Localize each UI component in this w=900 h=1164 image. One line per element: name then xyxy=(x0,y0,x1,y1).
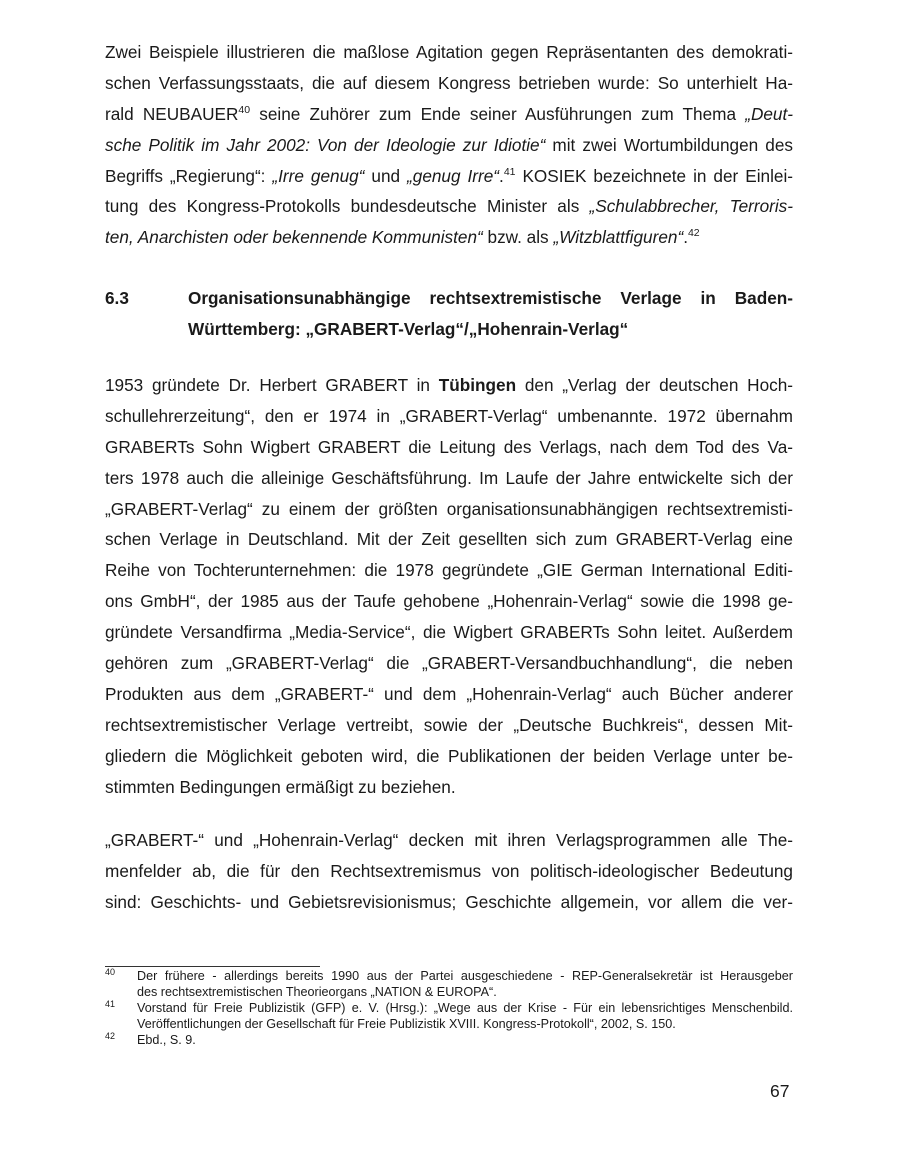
section-number: 6.3 xyxy=(105,283,129,314)
footnote-separator xyxy=(105,966,320,967)
footnote-reference[interactable]: 41 xyxy=(504,166,516,178)
footnote-reference[interactable]: 40 xyxy=(238,104,250,116)
text-line: sind: Geschichts- und Gebietsrevisionism… xyxy=(105,887,793,918)
text-line: tung des Kongress-Protokolls bundesdeuts… xyxy=(105,191,793,222)
footnotes: 40Der frühere - allerdings bereits 1990 … xyxy=(105,968,793,1048)
footnote-number: 42 xyxy=(105,1028,115,1044)
text-line: gliedern die Möglichkeit geboten wird, d… xyxy=(105,741,793,772)
footnote-text: Vorstand für Freie Publizistik (GFP) e. … xyxy=(137,1000,793,1016)
text-line: menfelder ab, die für den Rechtsextremis… xyxy=(105,856,793,887)
text-line: „GRABERT-Verlag“ zu einem der größten or… xyxy=(105,494,793,525)
footnote-42: 42Ebd., S. 9. xyxy=(105,1032,793,1048)
text-line: rechtsextremistischer Verlage vertreibt,… xyxy=(105,710,793,741)
paragraph-themes: „GRABERT-“ und „Hohenrain-Verlag“ decken… xyxy=(105,825,793,918)
text-line: Zwei Beispiele illustrieren die maßlose … xyxy=(105,37,793,68)
footnote-text: Ebd., S. 9. xyxy=(137,1032,793,1048)
text-line: gründete Versandfirma „Media-Service“, d… xyxy=(105,617,793,648)
quoted-text: „Schulabbrecher, Terroris- xyxy=(590,196,794,216)
text-line: stimmten Bedingungen ermäßigt zu beziehe… xyxy=(105,772,793,803)
footnote-40: 40Der frühere - allerdings bereits 1990 … xyxy=(105,968,793,1000)
text-line: ons GmbH“, der 1985 aus der Taufe gehobe… xyxy=(105,586,793,617)
section-title-line: Württemberg: „GRABERT-Verlag“/„Hohenrain… xyxy=(188,314,793,345)
emphasized-text: Tübingen xyxy=(439,375,516,395)
paragraph-agitation: Zwei Beispiele illustrieren die maßlose … xyxy=(105,37,793,253)
quoted-text: sche Politik im Jahr 2002: Von der Ideol… xyxy=(105,135,545,155)
section-title-line: Organisationsunabhängige rechtsextremist… xyxy=(188,283,793,314)
text-line: rald NEUBAUER40 seine Zuhörer zum Ende s… xyxy=(105,99,793,130)
quoted-text: „Witzblattfiguren“ xyxy=(553,227,683,247)
document-page: Zwei Beispiele illustrieren die maßlose … xyxy=(0,0,900,1164)
text-line: schen Verfassungsstaats, die auf diesem … xyxy=(105,68,793,99)
text-line: sche Politik im Jahr 2002: Von der Ideol… xyxy=(105,130,793,161)
footnote-41: 41Vorstand für Freie Publizistik (GFP) e… xyxy=(105,1000,793,1032)
text-line: Begriffs „Regierung“: „Irre genug“ und „… xyxy=(105,161,793,192)
text-line: 1953 gründete Dr. Herbert GRABERT in Tüb… xyxy=(105,370,793,401)
text-line: GRABERTs Sohn Wigbert GRABERT die Leitun… xyxy=(105,432,793,463)
text-line: ters 1978 auch die alleinige Geschäftsfü… xyxy=(105,463,793,494)
footnote-text: Veröffentlichungen der Gesellschaft für … xyxy=(137,1016,793,1032)
text-line: Produkten aus dem „GRABERT-“ und dem „Ho… xyxy=(105,679,793,710)
text-line: schullehrerzeitung“, den er 1974 in „GRA… xyxy=(105,401,793,432)
text-line: „GRABERT-“ und „Hohenrain-Verlag“ decken… xyxy=(105,825,793,856)
text-line: gehören zum „GRABERT-Verlag“ die „GRABER… xyxy=(105,648,793,679)
text-line: Reihe von Tochterunternehmen: die 1978 g… xyxy=(105,555,793,586)
text-line: ten, Anarchisten oder bekennende Kommuni… xyxy=(105,222,793,253)
footnote-reference[interactable]: 42 xyxy=(688,227,700,239)
footnote-number: 41 xyxy=(105,996,115,1012)
page-number: 67 xyxy=(770,1081,789,1102)
paragraph-grabert-history: 1953 gründete Dr. Herbert GRABERT in Tüb… xyxy=(105,370,793,802)
quoted-text: ten, Anarchisten oder bekennende Kommuni… xyxy=(105,227,483,247)
quoted-text: „Irre genug“ xyxy=(272,166,364,186)
footnote-text: Der frühere - allerdings bereits 1990 au… xyxy=(137,968,793,984)
quoted-text: „genug Irre“ xyxy=(407,166,499,186)
footnote-number: 40 xyxy=(105,964,115,980)
text-line: schen Verlage in Deutschland. Mit der Ze… xyxy=(105,524,793,555)
quoted-text: „Deut- xyxy=(745,104,793,124)
footnote-text: des rechtsextremistischen Theorieorgans … xyxy=(137,984,793,1000)
section-title: Organisationsunabhängige rechtsextremist… xyxy=(188,283,793,345)
